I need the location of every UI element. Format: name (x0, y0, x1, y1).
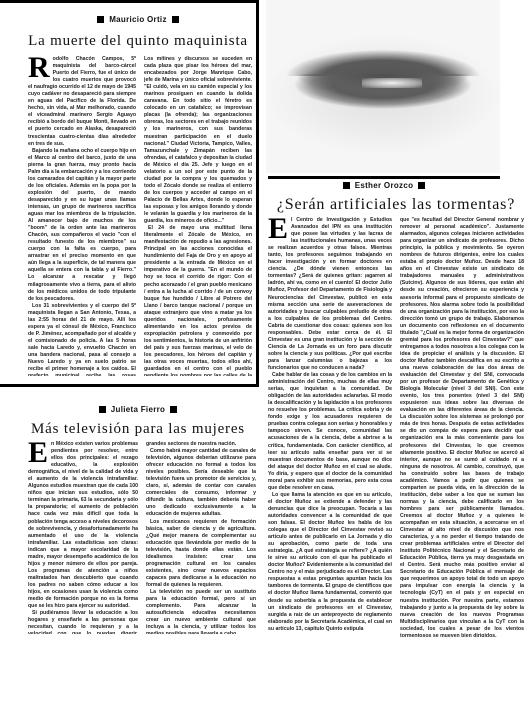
byline-square-left-icon (99, 406, 106, 413)
byline-square-left-icon (343, 182, 350, 189)
article2-author: Esther Orozco (355, 181, 414, 190)
byline-square-right-icon (418, 182, 425, 189)
byline-square-right-icon (172, 16, 179, 23)
article2-paragraph: Cabe hablar de las cosas y de los cambio… (268, 372, 392, 492)
article1-paragraph: El 24 de mayo una multitud llena literal… (144, 225, 252, 376)
article1-paragraph: Bajando la mañana ocho el cuerpo hijo en… (28, 148, 136, 303)
article2-paragraph: Lo que llama la atención es que en su ar… (268, 492, 392, 633)
article1-headline: La muerte del quinto maquinista (20, 33, 256, 50)
lips-highlight (362, 78, 422, 88)
article3-body: E n México existen varios problemas pend… (28, 441, 256, 634)
article3-headline: Más televisión para las mujeres (20, 421, 256, 438)
article3-column-1: E n México existen varios problemas pend… (28, 441, 138, 634)
article3-column-2: grandes sectores de nuestra nación. Como… (146, 441, 256, 634)
article2-headline: ¿Serán artificiales las tormentas? (264, 196, 528, 214)
article1-author: Mauricio Ortiz (109, 15, 167, 24)
article3-paragraph: La televisión no puede ser un sustituto … (146, 589, 256, 634)
article1-byline: Mauricio Ortiz (20, 15, 256, 24)
article2-dropcap: E (268, 218, 288, 240)
article1-paragraph: Los 31 sobrevivientes y el cuerpo del 5º… (28, 303, 136, 376)
article2-column-1: E l Centro de Investigación y Estudios A… (268, 217, 392, 637)
article2-paragraph: que "es facultad del Director General no… (400, 217, 524, 637)
byline-square-right-icon (170, 406, 177, 413)
lips-photo (266, 0, 500, 173)
article1-paragraph: Los mítines y discursos se suceden en ca… (144, 56, 252, 225)
article3-paragraph: Si pudiéramos llevar la educación a los … (28, 610, 138, 634)
article1-dropcap: R (28, 57, 50, 79)
article2-byline: Esther Orozco (268, 181, 500, 190)
article3-paragraph: Los mexicanos requieren de formación bás… (146, 519, 256, 589)
photo-rule (268, 176, 500, 179)
article3-byline: Julieta Fierro (20, 405, 256, 414)
article2-column-2: que "es facultad del Director General no… (400, 217, 524, 637)
article3-author: Julieta Fierro (111, 405, 165, 414)
article3-dropcap: E (28, 442, 48, 464)
article1-column-2: Los mítines y discursos se suceden en ca… (144, 56, 252, 376)
byline-square-left-icon (97, 16, 104, 23)
article2-body: E l Centro de Investigación y Estudios A… (268, 217, 524, 637)
article1-body: R odolfo Chacón Campos, 5º maquinista de… (28, 56, 252, 376)
article1-column-1: R odolfo Chacón Campos, 5º maquinista de… (28, 56, 136, 376)
article3-paragraph: Como habrá mayor cantidad de canales de … (146, 448, 256, 518)
lips-upper-shape (286, 32, 480, 76)
article3-paragraph: grandes sectores de nuestra nación. (146, 441, 256, 448)
